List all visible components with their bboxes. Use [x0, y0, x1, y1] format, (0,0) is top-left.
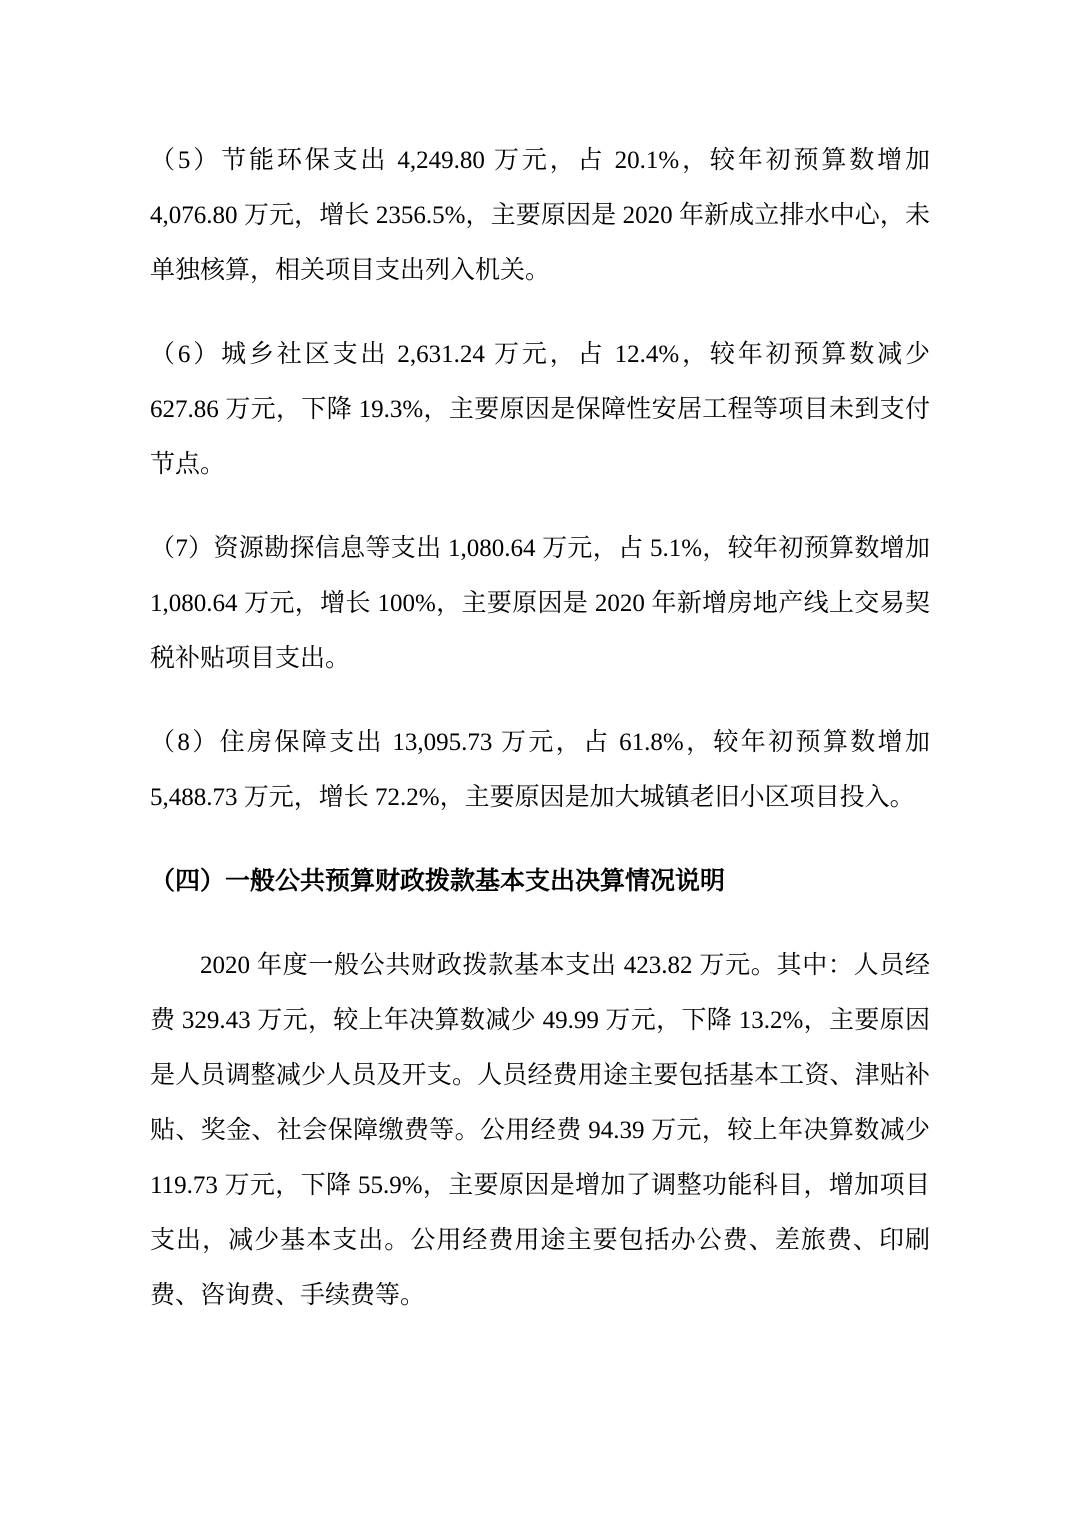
- paragraph-item-5: （5）节能环保支出 4,249.80 万元，占 20.1%，较年初预算数增加 4…: [150, 133, 930, 298]
- paragraph-item-7: （7）资源勘探信息等支出 1,080.64 万元，占 5.1%，较年初预算数增加…: [150, 521, 930, 686]
- paragraph-item-6: （6）城乡社区支出 2,631.24 万元，占 12.4%，较年初预算数减少 6…: [150, 327, 930, 492]
- document-page: （5）节能环保支出 4,249.80 万元，占 20.1%，较年初预算数增加 4…: [0, 0, 1074, 1520]
- paragraph-item-8: （8）住房保障支出 13,095.73 万元，占 61.8%，较年初预算数增加 …: [150, 715, 930, 825]
- section-heading: （四）一般公共预算财政拨款基本支出决算情况说明: [150, 854, 930, 909]
- section-body-paragraph: 2020 年度一般公共财政拨款基本支出 423.82 万元。其中：人员经费 32…: [150, 938, 930, 1323]
